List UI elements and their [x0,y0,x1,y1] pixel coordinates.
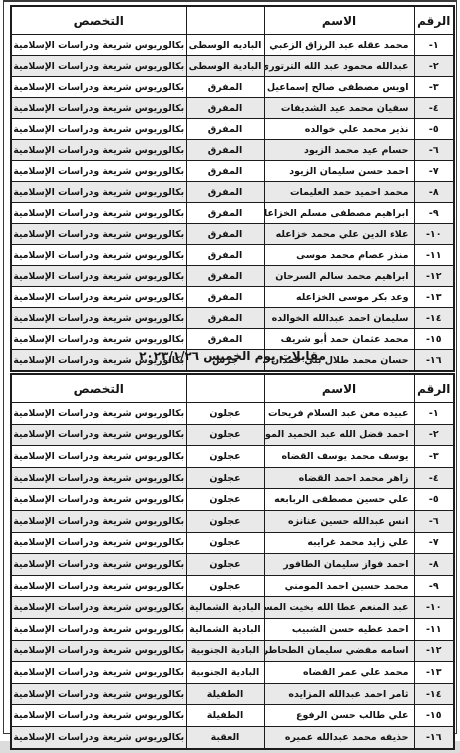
row-location-cell: عجلون [186,467,264,489]
row-specialization-cell: بكالوريوس شريعة ودراسات الإسلامية [11,56,186,77]
row-name-cell: وعد بكر موسى الخزاعله [264,287,414,308]
col-header-location [186,6,264,35]
row-specialization-cell: بكالوريوس شريعة ودراسات الإسلامية [11,245,186,266]
row-number-cell: ١١- [414,245,454,266]
col-header-name: الاسم [264,6,414,35]
row-specialization-cell: بكالوريوس شريعة ودراسات الإسلامية [11,77,186,98]
row-number-cell: ١٥- [414,705,454,727]
row-location-cell: المفرق [186,266,264,287]
row-number-cell: ٩- [414,203,454,224]
row-number-cell: ٤- [414,98,454,119]
row-specialization-cell: بكالوريوس شريعة ودراسات الإسلامية [11,640,186,662]
row-number-cell: ١٤- [414,308,454,329]
table-row: ٨-محمد احميد حمد العليماتالمفرقبكالوريوس… [11,182,454,203]
row-number-cell: ١٣- [414,287,454,308]
table-row: ٧-علي زايد محمد غرايبهعجلونبكالوريوس شري… [11,532,454,554]
section2-title: مقابلات يوم الخميس ٢٠٢٣/١/٢٦ [10,349,455,363]
row-location-cell: عجلون [186,575,264,597]
row-name-cell: احمد فواز سليمان الطافور [264,554,414,576]
row-specialization-cell: بكالوريوس شريعة ودراسات الإسلامية [11,266,186,287]
row-number-cell: ١٢- [414,640,454,662]
row-specialization-cell: بكالوريوس شريعة ودراسات الإسلامية [11,329,186,350]
row-number-cell: ١- [414,403,454,425]
col-header-number: الرقم [414,6,454,35]
row-location-cell: المفرق [186,203,264,224]
row-specialization-cell: بكالوريوس شريعة ودراسات الإسلامية [11,308,186,329]
row-location-cell: البادية الشمالية [186,618,264,640]
row-number-cell: ١١- [414,618,454,640]
col-header-specialization: التخصص [11,374,186,403]
row-name-cell: حسام عيد محمد الزيود [264,140,414,161]
row-number-cell: ٩- [414,575,454,597]
row-name-cell: سفيان محمد عيد الشديفات [264,98,414,119]
table-row: ٦-حسام عيد محمد الزيودالمفرقبكالوريوس شر… [11,140,454,161]
row-location-cell: عجلون [186,489,264,511]
row-name-cell: احمد فضل الله عبد الحميد المومني [264,424,414,446]
row-number-cell: ١٦- [414,726,454,748]
row-location-cell: عجلون [186,424,264,446]
table-row: ٢-احمد فضل الله عبد الحميد المومنيعجلونب… [11,424,454,446]
row-name-cell: محمد عقله عبد الرزاق الزعبي [264,35,414,56]
row-specialization-cell: بكالوريوس شريعة ودراسات الإسلامية [11,683,186,705]
table-row: ١٦-حذيفه محمد عبدالله عميرهالعقبةبكالوري… [11,726,454,748]
row-location-cell: عجلون [186,510,264,532]
row-specialization-cell: بكالوريوس شريعة ودراسات الإسلامية [11,726,186,748]
row-name-cell: اويس مصطفى صالح إسماعيل [264,77,414,98]
row-specialization-cell: بكالوريوس شريعة ودراسات الإسلامية [11,287,186,308]
row-name-cell: ابراهيم مصطفى مسلم الخزاعله [264,203,414,224]
row-location-cell: المفرق [186,329,264,350]
row-location-cell: الباديه الوسطى [186,35,264,56]
row-name-cell: اسامه مفضي سليمان الطحاطره [264,640,414,662]
row-name-cell: نذير محمد علي خوالده [264,119,414,140]
row-number-cell: ١٠- [414,597,454,619]
row-specialization-cell: بكالوريوس شريعة ودراسات الإسلامية [11,597,186,619]
col-header-location [186,374,264,403]
row-number-cell: ٣- [414,446,454,468]
table-header-row: الرقم الاسم التخصص [11,374,454,403]
row-name-cell: احمد حسن سليمان الزيود [264,161,414,182]
row-specialization-cell: بكالوريوس شريعة ودراسات الإسلامية [11,224,186,245]
row-name-cell: عبيده معن عبد السلام فريحات [264,403,414,425]
table-row: ١٣-وعد بكر موسى الخزاعلهالمفرقبكالوريوس … [11,287,454,308]
row-name-cell: ابراهيم محمد سالم السرحان [264,266,414,287]
row-location-cell: المفرق [186,287,264,308]
table-row: ٥-نذير محمد علي خوالدهالمفرقبكالوريوس شر… [11,119,454,140]
row-number-cell: ٢- [414,56,454,77]
row-specialization-cell: بكالوريوس شريعة ودراسات الإسلامية [11,35,186,56]
table-row: ٥-علي حسين مصطفى الربابعهعجلونبكالوريوس … [11,489,454,511]
row-specialization-cell: بكالوريوس شريعة ودراسات الإسلامية [11,140,186,161]
row-location-cell: البادية الجنوبية [186,662,264,684]
row-location-cell: المفرق [186,119,264,140]
row-location-cell: البادية الجنوبية [186,640,264,662]
row-name-cell: علي زايد محمد غرايبه [264,532,414,554]
row-specialization-cell: بكالوريوس شريعة ودراسات الإسلامية [11,575,186,597]
row-number-cell: ١٣- [414,662,454,684]
table-row: ١٤-سليمان احمد عبدالله الخوالدهالمفرقبكا… [11,308,454,329]
row-specialization-cell: بكالوريوس شريعة ودراسات الإسلامية [11,489,186,511]
row-name-cell: محمد عثمان حمد أبو شريف [264,329,414,350]
table-row: ١٥-علي طالب حسن الرفوعالطفيلةبكالوريوس ش… [11,705,454,727]
row-specialization-cell: بكالوريوس شريعة ودراسات الإسلامية [11,403,186,425]
row-number-cell: ٤- [414,467,454,489]
row-name-cell: محمد علي عمر القضاه [264,662,414,684]
row-specialization-cell: بكالوريوس شريعة ودراسات الإسلامية [11,203,186,224]
row-specialization-cell: بكالوريوس شريعة ودراسات الإسلامية [11,424,186,446]
row-specialization-cell: بكالوريوس شريعة ودراسات الإسلامية [11,467,186,489]
col-header-specialization: التخصص [11,6,186,35]
page-frame-right-line [456,0,457,733]
row-name-cell: منذر عصام محمد موسى [264,245,414,266]
row-name-cell: علي حسين مصطفى الربابعه [264,489,414,511]
row-number-cell: ٢- [414,424,454,446]
table-row: ٨-احمد فواز سليمان الطافورعجلونبكالوريوس… [11,554,454,576]
row-specialization-cell: بكالوريوس شريعة ودراسات الإسلامية [11,446,186,468]
row-specialization-cell: بكالوريوس شريعة ودراسات الإسلامية [11,618,186,640]
table-row: ١-محمد عقله عبد الرزاق الزعبيالباديه الو… [11,35,454,56]
row-location-cell: البادية الوسطى [186,56,264,77]
row-specialization-cell: بكالوريوس شريعة ودراسات الإسلامية [11,510,186,532]
row-name-cell: ثامر احمد عبدالله المزايده [264,683,414,705]
row-number-cell: ٦- [414,510,454,532]
row-specialization-cell: بكالوريوس شريعة ودراسات الإسلامية [11,161,186,182]
table-row: ٤-سفيان محمد عيد الشديفاتالمفرقبكالوريوس… [11,98,454,119]
row-number-cell: ٣- [414,77,454,98]
row-location-cell: عجلون [186,403,264,425]
row-location-cell: المفرق [186,182,264,203]
row-number-cell: ١- [414,35,454,56]
row-location-cell: المفرق [186,161,264,182]
row-name-cell: سليمان احمد عبدالله الخوالده [264,308,414,329]
table-row: ١٤-ثامر احمد عبدالله المزايدهالطفيلةبكال… [11,683,454,705]
row-location-cell: الطفيلة [186,683,264,705]
table-row: ١٣-محمد علي عمر القضاهالبادية الجنوبيةبك… [11,662,454,684]
table-row: ١١-منذر عصام محمد موسىالمفرقبكالوريوس شر… [11,245,454,266]
table-row: ١٠-عبد المنعم عطا الله بخيت المساعيدالبا… [11,597,454,619]
table-header-row: الرقم الاسم التخصص [11,6,454,35]
row-name-cell: علي طالب حسن الرفوع [264,705,414,727]
document-page: { "colors": { "stripe_bg": "#e9e9e9", "f… [0,0,460,753]
table-row: ٣-اويس مصطفى صالح إسماعيلالمفرقبكالوريوس… [11,77,454,98]
row-specialization-cell: بكالوريوس شريعة ودراسات الإسلامية [11,554,186,576]
row-location-cell: المفرق [186,224,264,245]
row-location-cell: المفرق [186,308,264,329]
interview-table-2: الرقم الاسم التخصص ١-عبيده معن عبد السلا… [10,373,455,750]
col-header-name: الاسم [264,374,414,403]
row-name-cell: علاء الدين علي محمد خزاعله [264,224,414,245]
row-number-cell: ١٠- [414,224,454,245]
row-name-cell: عبدالله محمود عبد الله الترتورى [264,56,414,77]
table-row: ١٢-اسامه مفضي سليمان الطحاطرهالبادية الج… [11,640,454,662]
row-number-cell: ٨- [414,554,454,576]
row-number-cell: ٥- [414,489,454,511]
table-row: ٣-يوسف محمد يوسف القضاهعجلونبكالوريوس شر… [11,446,454,468]
row-name-cell: محمد احميد حمد العليمات [264,182,414,203]
row-specialization-cell: بكالوريوس شريعة ودراسات الإسلامية [11,532,186,554]
col-header-number: الرقم [414,374,454,403]
table-row: ٦-انس عبدالله حسين عنانزهعجلونبكالوريوس … [11,510,454,532]
table-row: ١٥-محمد عثمان حمد أبو شريفالمفرقبكالوريو… [11,329,454,350]
row-number-cell: ٧- [414,161,454,182]
row-specialization-cell: بكالوريوس شريعة ودراسات الإسلامية [11,98,186,119]
table-row: ٢-عبدالله محمود عبد الله الترتورىالبادية… [11,56,454,77]
row-number-cell: ١٤- [414,683,454,705]
row-number-cell: ٥- [414,119,454,140]
row-specialization-cell: بكالوريوس شريعة ودراسات الإسلامية [11,662,186,684]
table-row: ١٠-علاء الدين علي محمد خزاعلهالمفرقبكالو… [11,224,454,245]
row-name-cell: محمد حسين احمد المومني [264,575,414,597]
row-specialization-cell: بكالوريوس شريعة ودراسات الإسلامية [11,705,186,727]
row-name-cell: زاهر محمد احمد القضاه [264,467,414,489]
table-row: ١-عبيده معن عبد السلام فريحاتعجلونبكالور… [11,403,454,425]
row-location-cell: العقبة [186,726,264,748]
table-row: ١١-احمد عطيه حسن الشبيبالبادية الشماليةب… [11,618,454,640]
table-row: ٤-زاهر محمد احمد القضاهعجلونبكالوريوس شر… [11,467,454,489]
row-location-cell: المفرق [186,140,264,161]
row-location-cell: عجلون [186,554,264,576]
table-row: ٩-محمد حسين احمد المومنيعجلونبكالوريوس ش… [11,575,454,597]
row-number-cell: ٨- [414,182,454,203]
row-name-cell: يوسف محمد يوسف القضاه [264,446,414,468]
row-number-cell: ١٥- [414,329,454,350]
row-specialization-cell: بكالوريوس شريعة ودراسات الإسلامية [11,119,186,140]
row-specialization-cell: بكالوريوس شريعة ودراسات الإسلامية [11,182,186,203]
page-frame-left-line [3,0,4,733]
table-row: ٩-ابراهيم مصطفى مسلم الخزاعلهالمفرقبكالو… [11,203,454,224]
row-location-cell: المفرق [186,77,264,98]
table-row: ٧-احمد حسن سليمان الزيودالمفرقبكالوريوس … [11,161,454,182]
row-location-cell: المفرق [186,98,264,119]
row-location-cell: عجلون [186,532,264,554]
row-name-cell: احمد عطيه حسن الشبيب [264,618,414,640]
row-location-cell: عجلون [186,446,264,468]
row-number-cell: ١٢- [414,266,454,287]
row-location-cell: الطفيلة [186,705,264,727]
row-number-cell: ٦- [414,140,454,161]
table-row: ١٢-ابراهيم محمد سالم السرحانالمفرقبكالور… [11,266,454,287]
row-name-cell: حذيفه محمد عبدالله عميره [264,726,414,748]
row-name-cell: انس عبدالله حسين عنانزه [264,510,414,532]
row-number-cell: ٧- [414,532,454,554]
interview-table-1: الرقم الاسم التخصص ١-محمد عقله عبد الرزا… [10,5,455,372]
row-location-cell: المفرق [186,245,264,266]
row-location-cell: البادية الشمالية [186,597,264,619]
page-frame-top-line [3,0,457,2]
row-name-cell: عبد المنعم عطا الله بخيت المساعيد [264,597,414,619]
